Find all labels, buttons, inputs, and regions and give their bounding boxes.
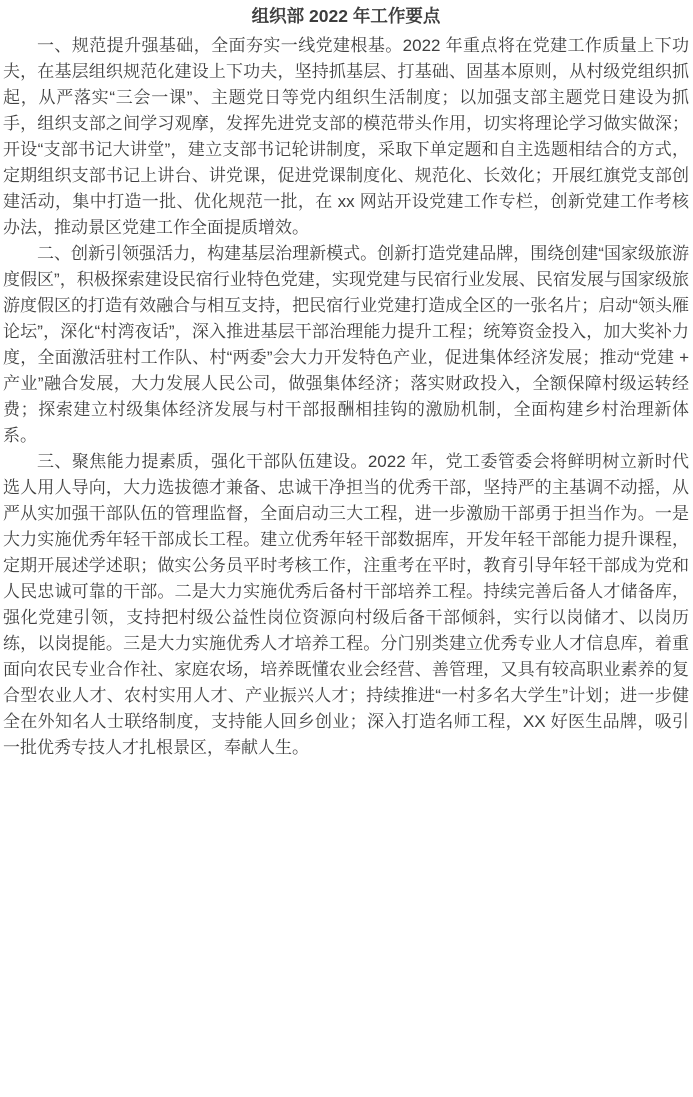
document-title: 组织部 2022 年工作要点 [3,3,689,29]
paragraph-section-1: 一、规范提升强基础，全面夯实一线党建根基。2022 年重点将在党建工作质量上下功… [3,33,689,241]
paragraph-section-2: 二、创新引领强活力，构建基层治理新模式。创新打造党建品牌，围绕创建“国家级旅游度… [3,241,689,449]
document-page: 组织部 2022 年工作要点 一、规范提升强基础，全面夯实一线党建根基。2022… [0,0,693,1097]
paragraph-section-3: 三、聚焦能力提素质，强化干部队伍建设。2022 年，党工委管委会将鲜明树立新时代… [3,449,689,761]
